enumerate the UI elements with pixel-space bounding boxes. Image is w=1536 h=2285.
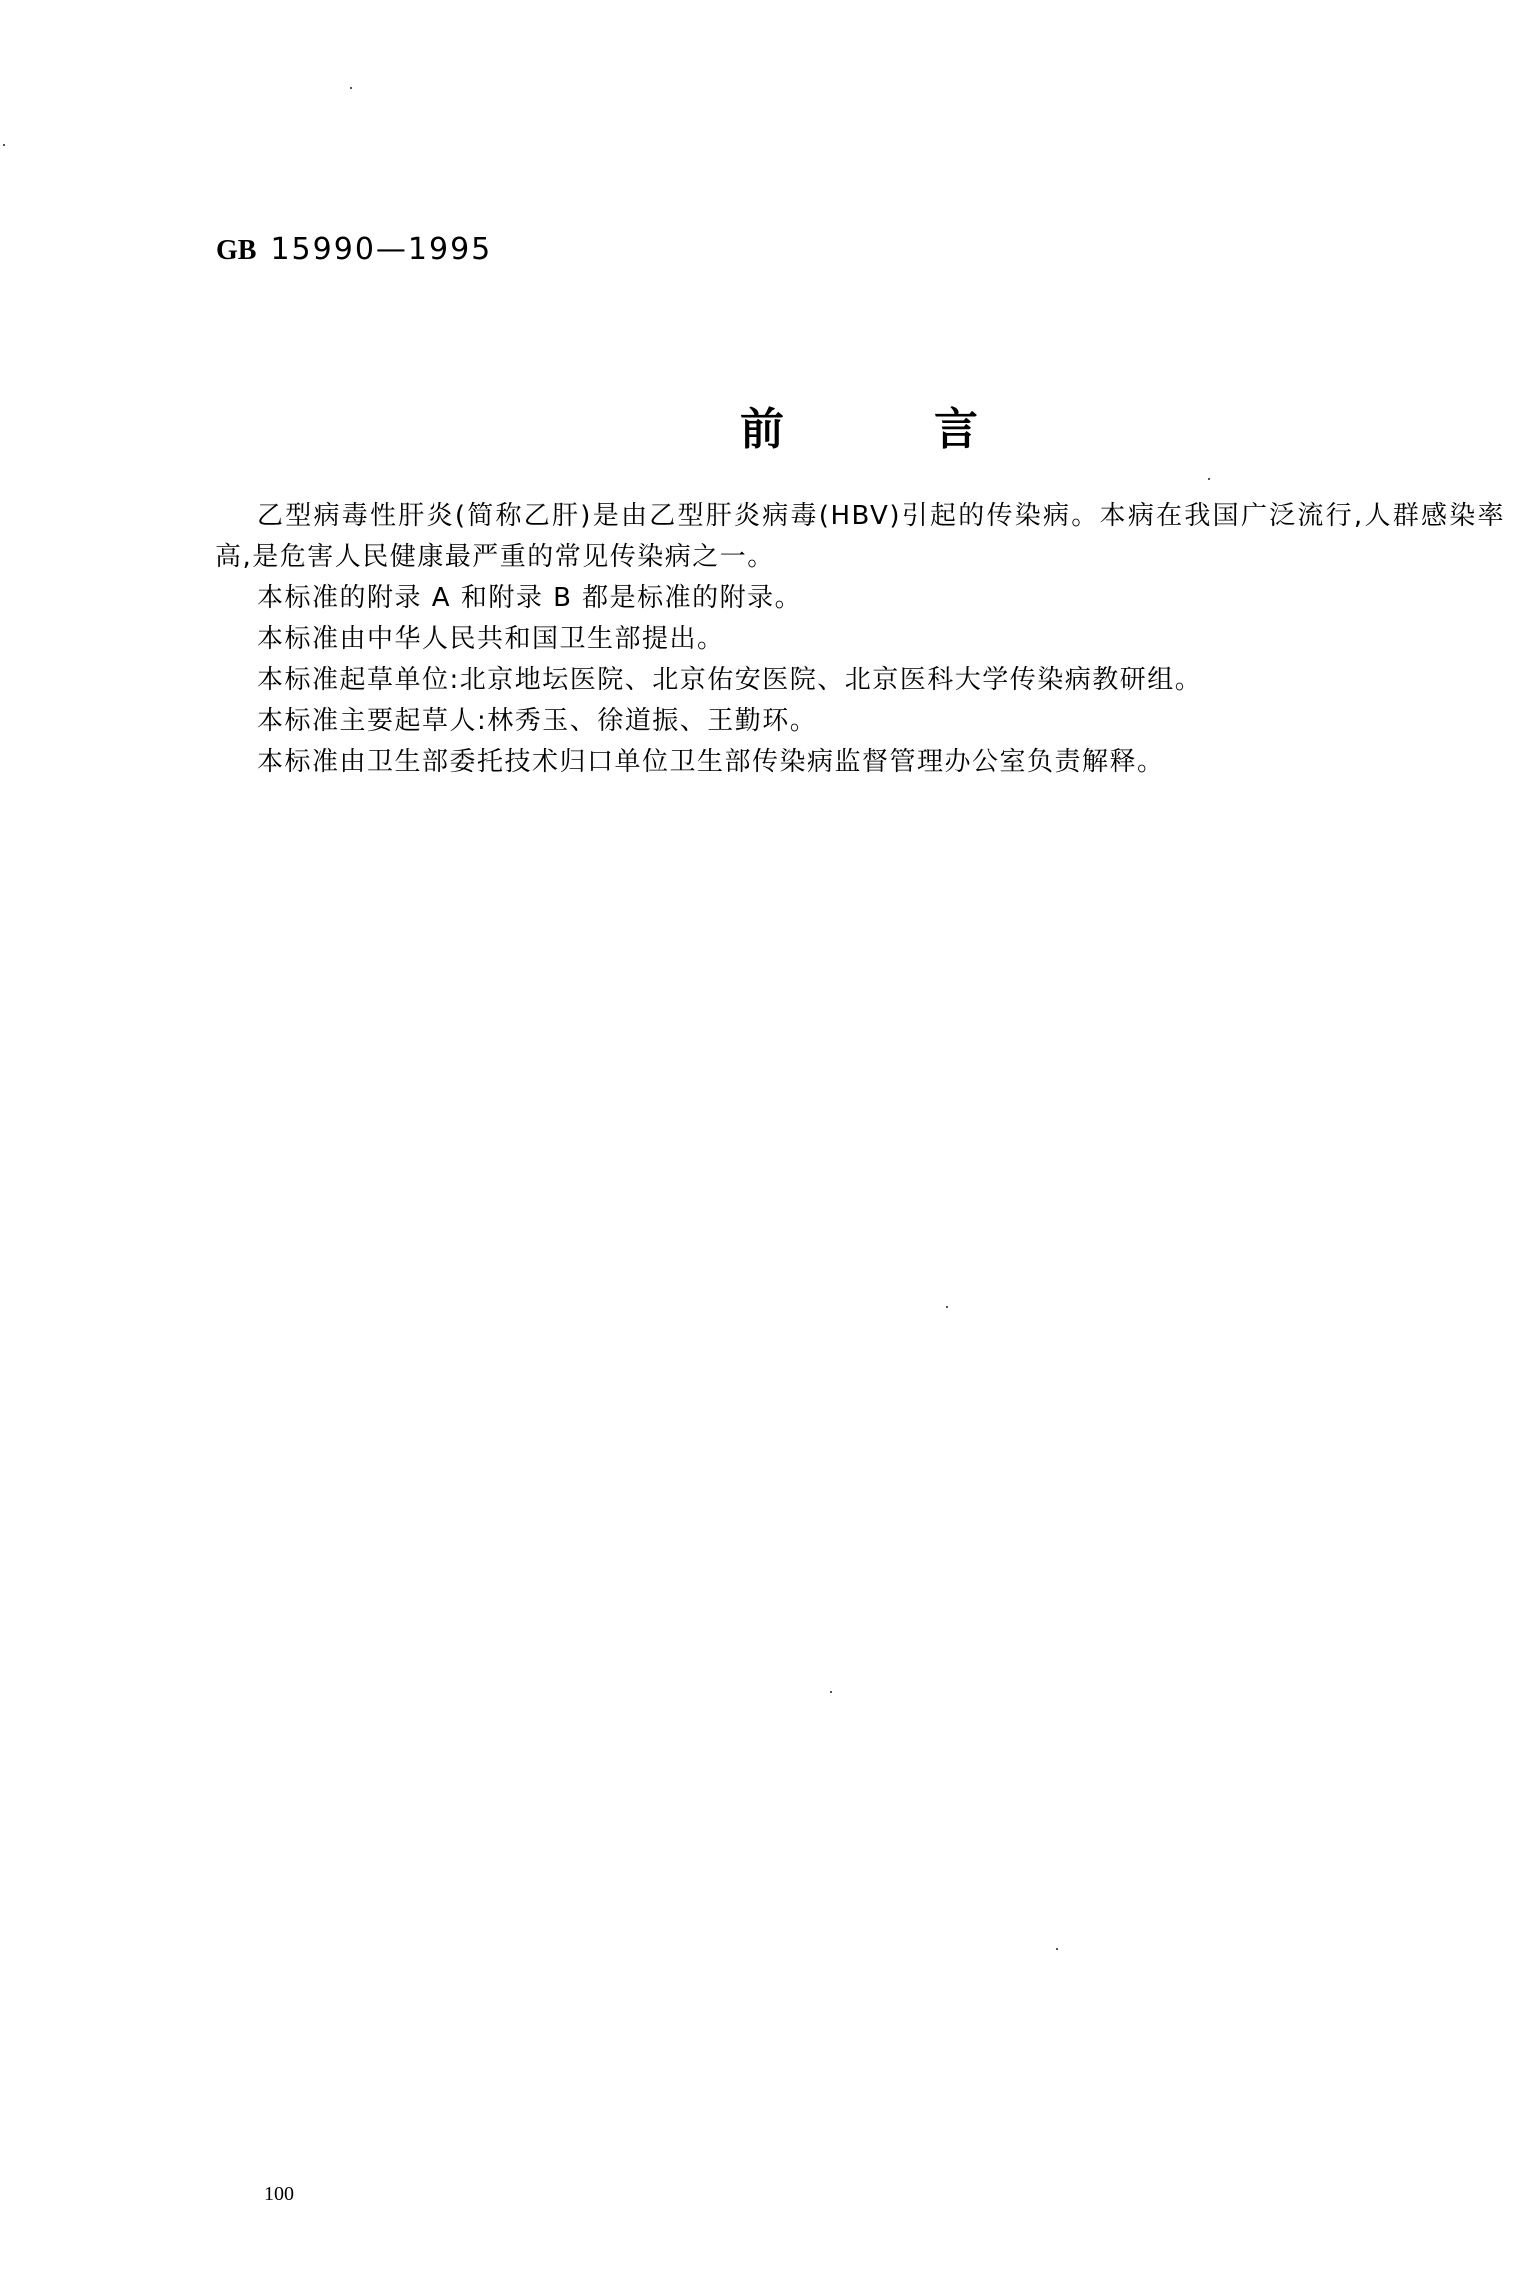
standard-number: 15990—1995: [270, 232, 492, 267]
page-title-char-2: 言: [934, 402, 978, 458]
scan-speck: [1056, 1948, 1058, 1950]
scan-speck: [946, 1306, 948, 1308]
foreword-body: 乙型病毒性肝炎(简称乙肝)是由乙型肝炎病毒(HBV)引起的传染病。本病在我国广泛…: [215, 496, 1505, 783]
paragraph-intro: 乙型病毒性肝炎(简称乙肝)是由乙型肝炎病毒(HBV)引起的传染病。本病在我国广泛…: [215, 496, 1505, 578]
scan-speck: [1208, 478, 1210, 480]
page-number: 100: [264, 2182, 294, 2206]
standard-header: GB15990—1995: [216, 232, 492, 269]
page-title: 前言: [740, 402, 978, 458]
scan-speck: [350, 87, 352, 89]
page-title-char-1: 前: [740, 402, 784, 458]
scan-speck: [3, 144, 5, 146]
paragraph-appendix: 本标准的附录 A 和附录 B 都是标准的附录。: [215, 578, 1505, 619]
scan-speck: [830, 1691, 832, 1693]
standard-prefix: GB: [216, 235, 256, 266]
paragraph-interpretation: 本标准由卫生部委托技术归口单位卫生部传染病监督管理办公室负责解释。: [215, 742, 1505, 783]
paragraph-drafters: 本标准主要起草人:林秀玉、徐道振、王勤环。: [215, 701, 1505, 742]
paragraph-drafting-units: 本标准起草单位:北京地坛医院、北京佑安医院、北京医科大学传染病教研组。: [215, 660, 1505, 701]
paragraph-proposer: 本标准由中华人民共和国卫生部提出。: [215, 619, 1505, 660]
